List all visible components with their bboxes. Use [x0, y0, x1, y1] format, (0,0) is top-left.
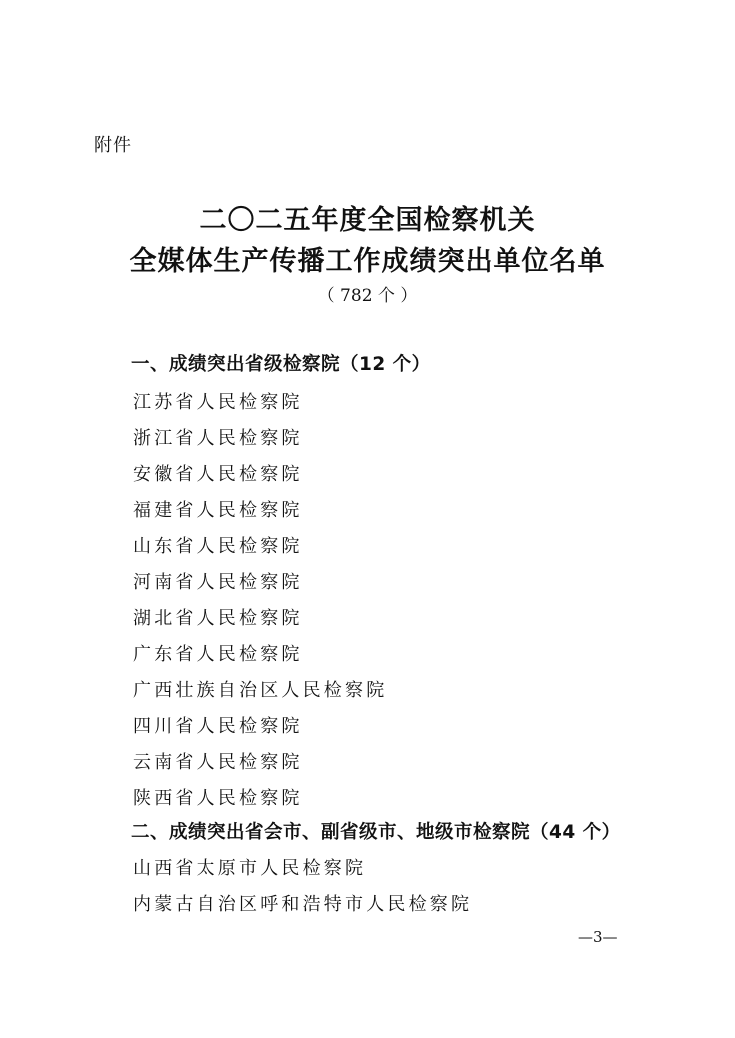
list-item: 广西壮族自治区人民检察院	[133, 676, 387, 702]
document-title-line-1: 二〇二五年度全国检察机关	[0, 198, 735, 237]
page-number: —3—	[578, 928, 618, 946]
list-item: 河南省人民检察院	[133, 568, 303, 594]
attachment-label: 附件	[94, 131, 132, 157]
list-item: 浙江省人民检察院	[133, 424, 303, 450]
list-item: 安徽省人民检察院	[133, 460, 303, 486]
list-item: 江苏省人民检察院	[133, 388, 303, 414]
document-title-line-2: 全媒体生产传播工作成绩突出单位名单	[0, 239, 735, 278]
list-item: 湖北省人民检察院	[133, 604, 303, 630]
list-item: 广东省人民检察院	[133, 640, 303, 666]
list-item: 福建省人民检察院	[133, 496, 303, 522]
list-item: 云南省人民检察院	[133, 748, 303, 774]
list-item: 山东省人民检察院	[133, 532, 303, 558]
section-heading-municipal: 二、成绩突出省会市、副省级市、地级市检察院（44 个）	[131, 818, 621, 844]
list-item: 内蒙古自治区呼和浩特市人民检察院	[133, 890, 472, 916]
list-item: 陕西省人民检察院	[133, 784, 303, 810]
section-heading-provincial: 一、成绩突出省级检察院（12 个）	[131, 350, 431, 376]
list-item: 山西省太原市人民检察院	[133, 854, 366, 880]
list-item: 四川省人民检察院	[133, 712, 303, 738]
document-subtitle-count: （ 782 个 ）	[0, 281, 735, 306]
